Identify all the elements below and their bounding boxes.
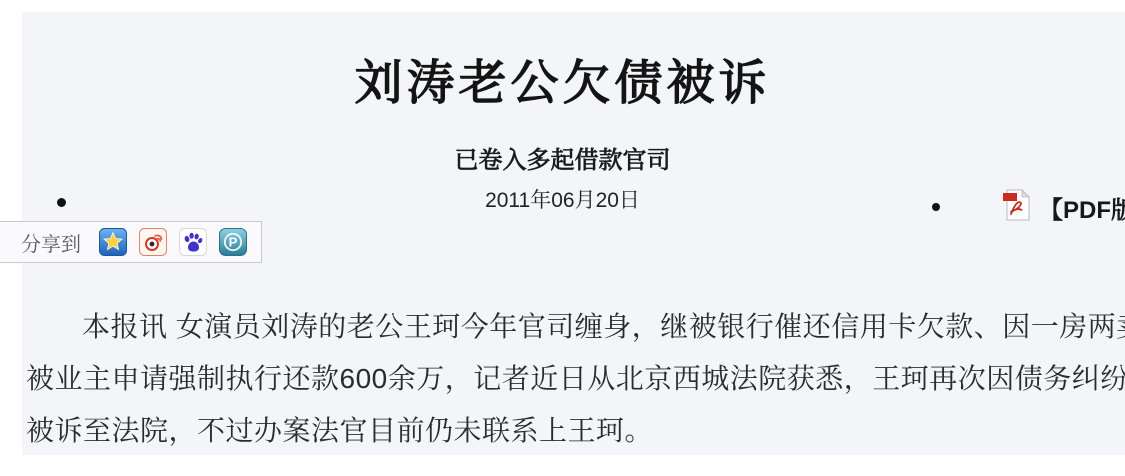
article-line: 被诉至法院，不过办案法官目前仍未联系上王珂。 — [26, 405, 1115, 457]
list-bullet-left — [57, 198, 66, 207]
page-subtitle: 已卷入多起借款官司 — [0, 140, 1125, 175]
article-page: 刘涛老公欠债被诉 已卷入多起借款官司 2011年06月20日 【PDF版 分享到 — [0, 0, 1125, 476]
p-circle-share-icon[interactable]: P — [219, 228, 247, 256]
share-label: 分享到 — [21, 228, 81, 257]
page-title: 刘涛老公欠债被诉 — [0, 44, 1125, 113]
sina-weibo-icon[interactable] — [139, 228, 167, 256]
qzone-star-icon[interactable] — [99, 228, 127, 256]
article-body: 本报讯 女演员刘涛的老公王珂今年官司缠身，继被银行催还信用卡欠款、因一房两卖 被… — [26, 301, 1115, 457]
svg-text:P: P — [229, 235, 238, 250]
list-bullet-right — [932, 203, 940, 211]
share-bar: 分享到 — [0, 221, 262, 263]
article-line: 被业主申请强制执行还款600余万，记者近日从北京西城法院获悉，王珂再次因债务纠纷 — [26, 353, 1115, 405]
pdf-link-label: 【PDF版 — [1039, 190, 1125, 225]
baidu-paw-icon[interactable] — [179, 228, 207, 256]
article-line: 本报讯 女演员刘涛的老公王珂今年官司缠身，继被银行催还信用卡欠款、因一房两卖 — [26, 301, 1115, 353]
pdf-file-icon — [1003, 189, 1030, 226]
publish-date: 2011年06月20日 — [0, 184, 1125, 214]
pdf-version-link[interactable]: 【PDF版 — [1003, 189, 1125, 226]
